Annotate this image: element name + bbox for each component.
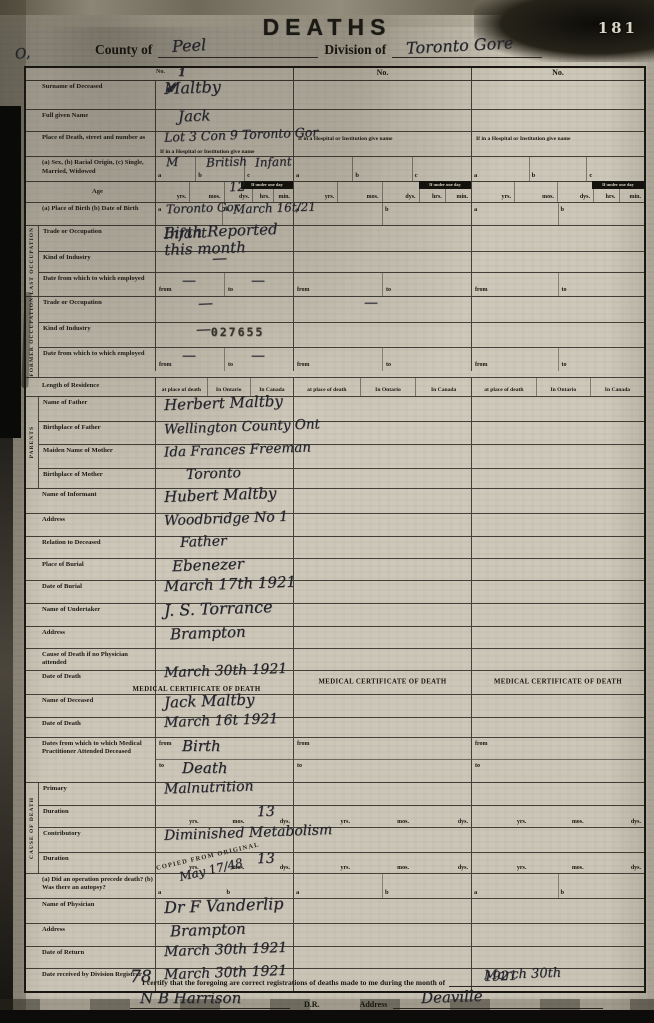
row-undertaker: Name of Undertaker J. S. Torrance [26, 604, 644, 627]
given-name-value: Jack [178, 106, 211, 125]
row-burial-date: Date of Burial March 17th 1921 [26, 581, 644, 604]
from-label: from [475, 362, 488, 368]
in-ontario-label: In Ontario [361, 387, 416, 393]
death-register-page: 181 DEATHS County of Peel Division of To… [0, 0, 654, 1023]
dys-label: dys. [239, 194, 249, 200]
medical-certificate-heading: MEDICAL CERTIFICATE OF DEATH [472, 679, 644, 686]
operation-label: (a) Did an operation precede death? (b) … [26, 874, 156, 898]
dys-label: dys. [405, 194, 415, 200]
marker-a: a [474, 172, 477, 179]
marker-b: b [561, 206, 565, 213]
in-canada-label: In Canada [591, 387, 644, 393]
row-industry-former: Kind of Industry — 027655 [39, 323, 644, 348]
min-label: min. [278, 194, 290, 200]
trade-former-label: Trade or Occupation [39, 297, 156, 322]
residence-label: Length of Residence [26, 378, 156, 396]
registrar-signature: N B Harrison [140, 989, 241, 1007]
dates-last-from-value: — [182, 273, 196, 289]
attended-to-value: Death [182, 759, 228, 777]
certification-footer: 78 I certify that the foregoing are corr… [30, 975, 645, 1009]
row-undertaker-address: Address Brampton [26, 627, 644, 649]
to-label: to [386, 362, 391, 368]
cause-unattended-label: Cause of Death if no Physician attended [26, 649, 156, 670]
date-of-death-value: March 30th 1921 [164, 660, 288, 680]
last-occupation-section-label: LAST OCCUPATION [29, 227, 35, 294]
deceased-name-value: Jack Maltby [164, 690, 255, 711]
page-title: DEATHS [0, 14, 654, 41]
row-attended: Dates from which to which Medical Practi… [26, 738, 644, 783]
dates-former-from-value: — [182, 348, 196, 364]
scan-edge-artifact [0, 1010, 654, 1023]
yrs-label: yrs. [177, 194, 187, 200]
former-occupation-section-label: FORMER OCCUPATION [29, 297, 35, 377]
marker-c: c [415, 172, 418, 179]
to-label: to [562, 362, 567, 368]
row-trade-last: Trade or Occupation Infant Birth Reporte… [39, 226, 644, 252]
row-physician-address: Address Brampton [26, 924, 644, 947]
undertaker-address-value: Brampton [170, 622, 246, 643]
mos-label: mos. [572, 819, 584, 825]
min-label: min. [629, 194, 641, 200]
marker-c: c [247, 172, 250, 179]
to-label: to [228, 362, 233, 368]
row-physician: Name of Physician Dr F Vanderlip [26, 899, 644, 924]
section-last-occupation: LAST OCCUPATION Trade or Occupation Infa… [26, 226, 644, 297]
row-informant-address: Address Woodbridge No 1 [26, 514, 644, 537]
division-blank: Toronto Gore [392, 42, 542, 58]
month-blank: March 30th 1921 [449, 975, 645, 987]
section-cause-of-death: CAUSE OF DEATH Primary Malnutrition Dura… [26, 783, 644, 874]
column3-header: No. [472, 68, 644, 80]
footer-address-blank: Deaville [393, 997, 603, 1009]
marital-status-value: Infant [255, 154, 292, 169]
marker-a: a [474, 889, 477, 896]
surname-label: Surname of Deceased [26, 81, 156, 109]
informant-label: Name of Informant [26, 489, 156, 513]
cause-of-death-section-label: CAUSE OF DEATH [29, 797, 35, 859]
racial-origin-value: British [206, 154, 247, 169]
dates-former-label: Date from which to which employed [39, 348, 156, 371]
contributory-label: Contributory [39, 828, 156, 852]
burial-date-value: March 17th 1921 [164, 572, 297, 595]
in-ontario-label: In Ontario [208, 387, 250, 393]
at-place-of-death-label: at place of death [156, 387, 207, 393]
dys-label: dys. [631, 819, 641, 825]
marker-a: a [158, 172, 161, 179]
row-mother-birthplace: Birthplace of Mother Toronto [39, 469, 644, 488]
trade-last-label: Trade or Occupation [39, 226, 156, 251]
from-label: from [475, 741, 488, 747]
marker-b: b [532, 172, 536, 179]
from-label: from [159, 741, 172, 747]
row-duration-contributory: Duration yrs. mos. 13dys. yrs. mos. dys. [39, 853, 644, 873]
min-label: min. [457, 194, 469, 200]
row-trade-former: Trade or Occupation — — [39, 297, 644, 323]
serial-number-stamp: 027655 [211, 325, 265, 339]
under-one-day-tag: If under one day [419, 181, 471, 189]
row-duration-primary: Duration yrs. mos. 13dys. yrs. mos. dys. [39, 806, 644, 828]
sex-value: M [166, 155, 179, 169]
county-value: Peel [172, 35, 207, 56]
yrs-label: yrs. [325, 194, 335, 200]
dys-label: dys. [580, 194, 590, 200]
undertaker-address-label: Address [26, 627, 156, 648]
in-canada-label: In Canada [416, 387, 471, 393]
row-deceased-name: Name of Deceased Jack Maltby [26, 695, 644, 718]
given-name-label: Full given Name [26, 110, 156, 131]
scan-edge-artifact [0, 438, 13, 1020]
row-primary-cause: Primary Malnutrition [39, 783, 644, 806]
trade-former-value2: — [364, 295, 378, 311]
physician-label: Name of Physician [26, 899, 156, 923]
no-label: No. [156, 69, 165, 75]
birth-place-value: Toronto Gor [166, 200, 240, 217]
county-blank: Peel [158, 42, 318, 58]
at-place-of-death-label: at place of death [294, 387, 360, 393]
footer-address-value: Deaville [421, 987, 483, 1007]
marker-c: c [589, 172, 592, 179]
mother-label: Maiden Name of Mother [39, 445, 156, 468]
yrs-label: yrs. [517, 865, 527, 871]
marker-b: b [561, 889, 565, 896]
yrs-label: yrs. [341, 819, 351, 825]
row-mother: Maiden Name of Mother Ida Frances Freema… [39, 445, 644, 469]
row-residence: Length of Residence at place of death In… [26, 378, 644, 397]
dys-label: dys. [458, 865, 468, 871]
row-cause-unattended: Cause of Death if no Physician attended [26, 649, 644, 671]
mos-label: mos. [572, 865, 584, 871]
flourish-checkmark-icon: ✓ [164, 76, 288, 98]
duration-primary-days: 13 [257, 803, 275, 820]
physician-address-label: Address [26, 924, 156, 946]
row-industry-last: Kind of Industry — [39, 252, 644, 273]
section-parents: PARENTS Name of Father Herbert Maltby Bi… [26, 397, 644, 489]
row-age: Age yrs. mos. 12dys. hrs. If under one d… [26, 182, 644, 203]
father-birthplace-label: Birthplace of Father [39, 422, 156, 444]
date-of-death-medical-value: March 16t 1921 [164, 711, 279, 731]
from-label: from [159, 362, 172, 368]
row-place-of-death: Place of Death, street and number as Lot… [26, 132, 644, 157]
mos-label: mos. [397, 819, 409, 825]
to-label: to [386, 287, 391, 293]
attended-label: Dates from which to which Medical Practi… [26, 738, 156, 782]
hrs-label: hrs. [606, 194, 616, 200]
father-value: Herbert Maltby [164, 392, 283, 414]
informant-value: Hubert Maltby [164, 484, 277, 506]
birth-label: (a) Place of Birth (b) Date of Birth [26, 203, 156, 225]
primary-value: Malnutrition [164, 778, 254, 797]
physician-address-value: Brampton [170, 919, 246, 940]
dys-label: dys. [631, 865, 641, 871]
county-label: County of [95, 42, 152, 58]
from-label: from [297, 287, 310, 293]
row-given-name: Full given Name Jack [26, 110, 644, 132]
marker-a: a [296, 172, 299, 179]
dys-label: dys. [280, 865, 290, 871]
to-label: to [228, 287, 233, 293]
row-relation: Relation to Deceased Father [26, 537, 644, 559]
to-label: to [475, 763, 480, 769]
undertaker-value: J. S. Torrance [164, 597, 273, 620]
place-of-death-label: Place of Death, street and number as [26, 132, 156, 156]
footer-handwritten-mark: 78 [130, 967, 152, 987]
date-of-return-label: Date of Return [26, 947, 156, 968]
row-date-of-death: Date of Death March 30th 1921 MEDICAL CE… [26, 671, 644, 695]
burial-date-label: Date of Burial [26, 581, 156, 603]
county-division-line: County of Peel Division of Toronto Gore [95, 42, 635, 58]
from-label: from [297, 741, 310, 747]
hospital-note: If in a Hospital or Institution give nam… [476, 136, 571, 142]
hrs-label: hrs. [260, 194, 270, 200]
dys-label: dys. [458, 819, 468, 825]
yrs-label: yrs. [517, 819, 527, 825]
industry-former-label: Kind of Industry [39, 323, 156, 347]
industry-former-value: — [196, 320, 212, 339]
relation-value: Father [180, 533, 227, 551]
dates-last-to-value: — [251, 273, 265, 289]
marker-b: b [198, 172, 202, 179]
mother-birthplace-label: Birthplace of Mother [39, 469, 156, 488]
marker-b: b [355, 172, 359, 179]
date-of-return-value: March 30th 1921 [164, 939, 288, 959]
to-label: to [297, 763, 302, 769]
marker-b: b [227, 889, 231, 896]
yrs-label: yrs. [341, 865, 351, 871]
father-label: Name of Father [39, 397, 156, 421]
row-dates-last: Date from which to which employed from— … [39, 273, 644, 296]
row-sex-origin-status: (a) Sex, (b) Racial Origin, (c) Single, … [26, 157, 644, 182]
dates-last-label: Date from which to which employed [39, 273, 156, 296]
yrs-label: yrs. [189, 819, 199, 825]
burial-place-value: Ebenezer [172, 554, 245, 574]
row-birth: (a) Place of Birth (b) Date of Birth aTo… [26, 203, 644, 226]
birth-date-value: March 16t/21 [233, 200, 316, 217]
marker-b: b [385, 889, 389, 896]
industry-last-value: — [212, 249, 228, 268]
row-dates-former: Date from which to which employed from— … [39, 348, 644, 371]
duration-primary-label: Duration [39, 806, 156, 827]
mother-birthplace-value: Toronto [186, 465, 241, 483]
registrar-signature-blank: N B Harrison [130, 997, 290, 1009]
entry-number-value: 1 [178, 66, 186, 79]
undertaker-label: Name of Undertaker [26, 604, 156, 626]
column2-header: No. [294, 68, 472, 80]
column-headers: No. 1 No. No. [26, 68, 644, 81]
trade-former-value1: — [198, 294, 214, 313]
informant-address-label: Address [26, 514, 156, 536]
attended-from-value: Birth [182, 737, 221, 755]
hrs-label: hrs. [432, 194, 442, 200]
marker-a: a [474, 206, 477, 213]
in-ontario-label: In Ontario [537, 387, 590, 393]
corner-scribble: O, [14, 45, 31, 63]
mos-label: mos. [209, 194, 221, 200]
dates-former-to-value: — [251, 348, 265, 364]
primary-label: Primary [39, 783, 156, 805]
mos-label: mos. [233, 819, 245, 825]
footer-address-label: Address [360, 1000, 388, 1009]
dr-label: D.R. [304, 1000, 320, 1009]
row-father: Name of Father Herbert Maltby [39, 397, 644, 422]
row-contributory: Contributory Diminished Metabolism [39, 828, 644, 853]
row-informant: Name of Informant Hubert Maltby [26, 489, 644, 514]
deceased-name-label: Name of Deceased [26, 695, 156, 717]
medical-certificate-heading: MEDICAL CERTIFICATE OF DEATH [294, 679, 471, 686]
row-burial-place: Place of Burial Ebenezer [26, 559, 644, 581]
at-place-of-death-label: at place of death [472, 387, 536, 393]
parents-section-label: PARENTS [29, 426, 35, 458]
marker-a: a [158, 206, 161, 213]
marker-a: a [158, 889, 161, 896]
duration-contributory-label: Duration [39, 853, 156, 873]
marker-b: b [385, 206, 389, 213]
row-father-birthplace: Birthplace of Father Wellington County O… [39, 422, 644, 445]
registration-form-table: No. 1 No. No. Surname of Deceased ✓ Malt… [24, 66, 646, 993]
yrs-label: yrs. [502, 194, 512, 200]
to-label: to [562, 287, 567, 293]
from-label: from [475, 287, 488, 293]
age-label: Age [26, 182, 156, 202]
row-date-of-death-medical: Date of Death March 16t 1921 [26, 718, 644, 738]
division-label: Division of [324, 42, 386, 58]
age-days-value: 12 [228, 180, 245, 196]
mos-label: mos. [542, 194, 554, 200]
from-label: from [297, 362, 310, 368]
section-former-occupation: FORMER OCCUPATION Trade or Occupation — … [26, 297, 644, 378]
marker-a: a [296, 889, 299, 896]
under-one-day-tag: If under one day [241, 181, 293, 189]
to-label: to [159, 763, 164, 769]
burial-place-label: Place of Burial [26, 559, 156, 580]
under-one-day-tag: If under one day [592, 181, 644, 189]
from-label: from [159, 287, 172, 293]
mos-label: mos. [367, 194, 379, 200]
row-operation-autopsy: (a) Did an operation precede death? (b) … [26, 874, 644, 899]
relation-label: Relation to Deceased [26, 537, 156, 558]
mos-label: mos. [397, 865, 409, 871]
row-surname: Surname of Deceased ✓ Maltby ✓ [26, 81, 644, 110]
scan-edge-artifact [0, 106, 21, 438]
sex-label: (a) Sex, (b) Racial Origin, (c) Single, … [26, 157, 156, 181]
physician-value: Dr F Vanderlip [164, 894, 284, 917]
date-of-death-medical-label: Date of Death [26, 718, 156, 737]
industry-last-label: Kind of Industry [39, 252, 156, 272]
